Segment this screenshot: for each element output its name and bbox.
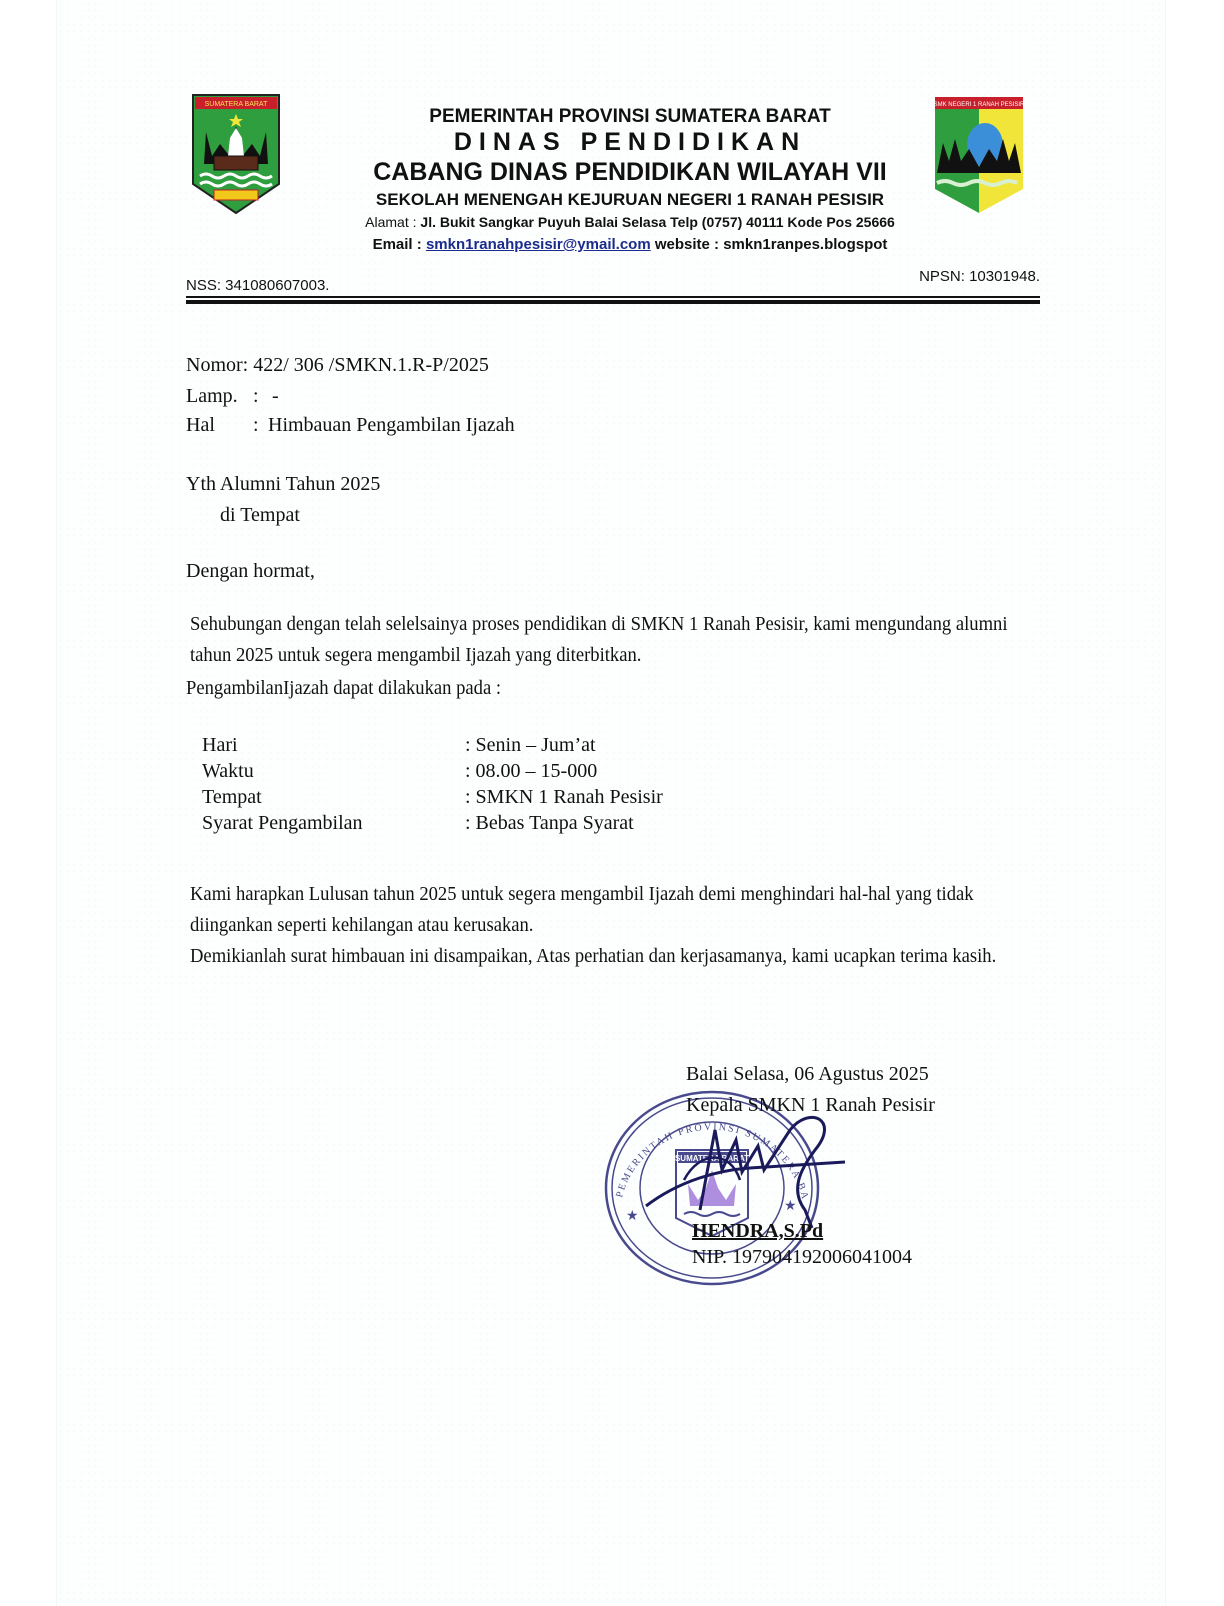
website-label: website : [655,236,719,253]
paragraph-intro: Sehubungan dengan telah selelsainya pros… [190,609,1008,671]
address-label: Alamat : [365,214,416,230]
letterhead-branch: CABANG DINAS PENDIDIKAN WILAYAH VII [300,158,960,187]
letterhead-contact: Email : smkn1ranahpesisir@ymail.com webs… [300,236,960,253]
npsn-number: NPSN: 10301948. [840,268,1040,285]
nomor-row: Nomor: 422/ 306 /SMKN.1.R-P/2025 [186,353,489,377]
hal-value: Himbauan Pengambilan Ijazah [268,413,515,437]
detail-value: : SMKN 1 Ranah Pesisir [465,785,663,809]
email-label: Email : [373,236,422,253]
recipient-line: Yth Alumni Tahun 2025 [186,472,380,496]
svg-text:★: ★ [626,1209,639,1224]
lamp-label: Lamp. [186,384,238,408]
detail-value: : Bebas Tanpa Syarat [465,811,634,835]
website-text: smkn1ranpes.blogspot [723,236,887,253]
letterhead-rule-thin [186,296,1040,298]
paragraph-request: Kami harapkan Lulusan tahun 2025 untuk s… [190,879,1008,941]
recipient-place: di Tempat [220,503,300,527]
email-link[interactable]: smkn1ranahpesisir@ymail.com [426,236,651,253]
paragraph-intro-tail: PengambilanIjazah dapat dilakukan pada : [186,676,501,700]
lamp-separator: : [253,384,259,408]
separator: : [243,354,249,376]
detail-label: Waktu [202,759,254,783]
paragraph-closing: Demikianlah surat himbauan ini disampaik… [190,941,1046,972]
letterhead-rule-thick [186,300,1040,304]
detail-value: : Senin – Jum’at [465,733,596,757]
place-date: Balai Selasa, 06 Agustus 2025 [686,1062,929,1086]
province-emblem-icon: SUMATERA BARAT [190,92,282,216]
svg-text:SUMATERA BARAT: SUMATERA BARAT [205,101,268,108]
letterhead-government: PEMERINTAH PROVINSI SUMATERA BARAT [300,106,960,128]
letterhead-agency: DINAS PENDIDIKAN [300,128,960,157]
detail-label: Hari [202,733,238,757]
hal-label: Hal [186,413,215,437]
detail-label: Syarat Pengambilan [202,811,363,835]
letterhead-address: Alamat : Jl. Bukit Sangkar Puyuh Balai S… [300,214,960,230]
address-text: Jl. Bukit Sangkar Puyuh Balai Selasa Tel… [420,214,894,230]
hal-separator: : [253,413,259,437]
nomor-label: Nomor [186,354,243,376]
lamp-value: - [272,384,279,408]
signatory-position: Kepala SMKN 1 Ranah Pesisir [686,1093,935,1117]
nomor-value: 422/ 306 /SMKN.1.R-P/2025 [253,354,489,376]
letterhead-school: SEKOLAH MENENGAH KEJURUAN NEGERI 1 RANAH… [300,190,960,210]
detail-value: : 08.00 – 15-000 [465,759,597,783]
nss-number: NSS: 341080607003. [186,277,329,294]
salutation: Dengan hormat, [186,559,315,583]
signatory-nip: NIP. 197904192006041004 [692,1245,912,1269]
detail-label: Tempat [202,785,262,809]
handwritten-signature-icon [640,1110,860,1230]
signatory-name: HENDRA,S.Pd [692,1219,823,1243]
